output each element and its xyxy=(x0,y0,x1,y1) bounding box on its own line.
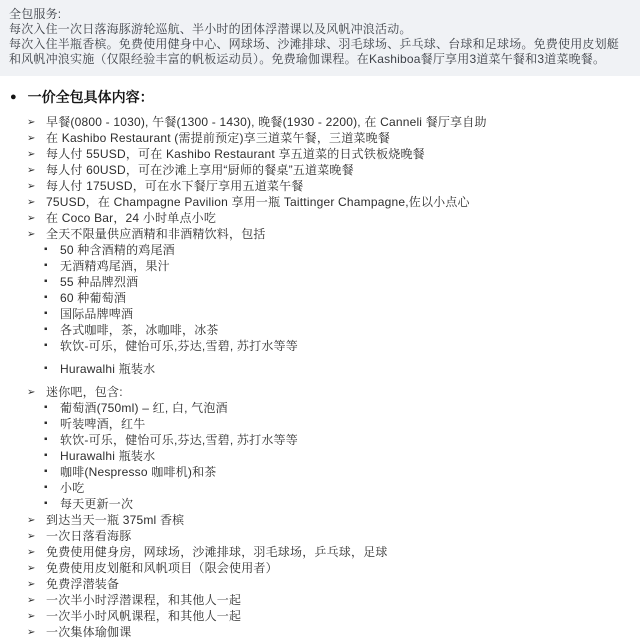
square-bullet-icon: ▪ xyxy=(44,432,48,448)
list-item: ▪听装啤酒，红牛 xyxy=(0,416,640,432)
square-bullet-icon: ▪ xyxy=(44,306,48,322)
list-item-text: 软饮-可乐，健怡可乐,芬达,雪碧, 苏打水等等 xyxy=(60,433,298,447)
square-bullet-icon: ▪ xyxy=(44,258,48,274)
square-bullet-icon: ▪ xyxy=(44,290,48,306)
list-item: ➢一次半小时风帆课程，和其他人一起 xyxy=(0,608,640,624)
list-item: ➢一次集体瑜伽课 xyxy=(0,624,640,639)
inclusions-list: ➢早餐(0800 - 1030), 午餐(1300 - 1430), 晚餐(19… xyxy=(0,114,640,639)
square-bullet-icon: ▪ xyxy=(44,242,48,258)
list-item-text: 到达当天一瓶 375ml 香槟 xyxy=(46,513,184,527)
list-item: ➢全天不限量供应酒精和非酒精饮料，包括 xyxy=(0,226,640,242)
arrow-bullet-icon: ➢ xyxy=(27,211,36,227)
list-item-text: 咖啡(Nespresso 咖啡机)和茶 xyxy=(60,465,216,479)
arrow-bullet-icon: ➢ xyxy=(27,195,36,211)
intro-band: 全包服务: 每次入住一次日落海豚游轮巡航、半小时的团体浮潜课以及风帆冲浪活动。 … xyxy=(0,0,640,76)
list-item: ➢到达当天一瓶 375ml 香槟 xyxy=(0,512,640,528)
list-item: ▪各式咖啡，茶，冰咖啡，冰茶 xyxy=(0,322,640,338)
section-heading: ● 一价全包具体内容： xyxy=(10,88,640,106)
arrow-bullet-icon: ➢ xyxy=(27,131,36,147)
list-item-text: 免费浮潜装备 xyxy=(46,577,119,591)
list-item: ➢75USD，在 Champagne Pavilion 享用一瓶 Taittin… xyxy=(0,194,640,210)
list-item-text: 在 Coco Bar，24 小时单点小吃 xyxy=(46,211,216,225)
arrow-bullet-icon: ➢ xyxy=(27,545,36,561)
list-item: ▪软饮-可乐，健怡可乐,芬达,雪碧, 苏打水等等 xyxy=(0,432,640,448)
list-item: ➢每人付 55USD，可在 Kashibo Restaurant 享五道菜的日式… xyxy=(0,146,640,162)
list-item: ➢每人付 175USD，可在水下餐厅享用五道菜午餐 xyxy=(0,178,640,194)
list-item: ▪Hurawalhi 瓶装水 xyxy=(0,361,640,377)
list-item: ➢早餐(0800 - 1030), 午餐(1300 - 1430), 晚餐(19… xyxy=(0,114,640,130)
list-item-text: 迷你吧，包含: xyxy=(46,385,123,399)
intro-paragraph-1: 每次入住一次日落海豚游轮巡航、半小时的团体浮潜课以及风帆冲浪活动。 xyxy=(9,22,628,37)
list-item-text: Hurawalhi 瓶装水 xyxy=(60,449,155,463)
circle-bullet-icon: ● xyxy=(10,88,17,106)
list-item-text: 55 种品牌烈酒 xyxy=(60,275,138,289)
list-item-text: 在 Kashibo Restaurant (需提前预定)享三道菜午餐，三道菜晚餐 xyxy=(46,131,390,145)
arrow-bullet-icon: ➢ xyxy=(27,227,36,243)
list-item-text: 一次半小时浮潜课程，和其他人一起 xyxy=(46,593,241,607)
list-item-text: 葡萄酒(750ml) – 红, 白, 气泡酒 xyxy=(60,401,228,415)
arrow-bullet-icon: ➢ xyxy=(27,385,36,401)
square-bullet-icon: ▪ xyxy=(44,496,48,512)
arrow-bullet-icon: ➢ xyxy=(27,147,36,163)
list-item-text: Hurawalhi 瓶装水 xyxy=(60,362,155,376)
arrow-bullet-icon: ➢ xyxy=(27,115,36,131)
square-bullet-icon: ▪ xyxy=(44,416,48,432)
list-item: ➢免费使用健身房，网球场，沙滩排球，羽毛球场，乒乓球，足球 xyxy=(0,544,640,560)
list-item-text: 软饮-可乐，健怡可乐,芬达,雪碧, 苏打水等等 xyxy=(60,339,298,353)
list-item: ➢在 Coco Bar，24 小时单点小吃 xyxy=(0,210,640,226)
list-item: ➢一次日落看海豚 xyxy=(0,528,640,544)
list-item-text: 每人付 55USD，可在 Kashibo Restaurant 享五道菜的日式铁… xyxy=(46,147,425,161)
list-item: ➢每人付 60USD，可在沙滩上享用“厨师的餐桌”五道菜晚餐 xyxy=(0,162,640,178)
arrow-bullet-icon: ➢ xyxy=(27,513,36,529)
square-bullet-icon: ▪ xyxy=(44,400,48,416)
arrow-bullet-icon: ➢ xyxy=(27,179,36,195)
list-item: ➢在 Kashibo Restaurant (需提前预定)享三道菜午餐，三道菜晚… xyxy=(0,130,640,146)
arrow-bullet-icon: ➢ xyxy=(27,577,36,593)
list-item-text: 免费使用健身房，网球场，沙滩排球，羽毛球场，乒乓球，足球 xyxy=(46,545,388,559)
list-item: ▪55 种品牌烈酒 xyxy=(0,274,640,290)
list-item-text: 国际品牌啤酒 xyxy=(60,307,133,321)
list-item: ➢免费浮潜装备 xyxy=(0,576,640,592)
arrow-bullet-icon: ➢ xyxy=(27,529,36,545)
square-bullet-icon: ▪ xyxy=(44,322,48,338)
square-bullet-icon: ▪ xyxy=(44,448,48,464)
intro-title: 全包服务: xyxy=(9,7,628,22)
square-bullet-icon: ▪ xyxy=(44,480,48,496)
list-item-text: 无酒精鸡尾酒，果汁 xyxy=(60,259,170,273)
square-bullet-icon: ▪ xyxy=(44,361,48,377)
list-item: ▪软饮-可乐，健怡可乐,芬达,雪碧, 苏打水等等 xyxy=(0,338,640,354)
arrow-bullet-icon: ➢ xyxy=(27,561,36,577)
square-bullet-icon: ▪ xyxy=(44,464,48,480)
list-item: ▪Hurawalhi 瓶装水 xyxy=(0,448,640,464)
list-item-text: 一次集体瑜伽课 xyxy=(46,625,131,639)
list-item: ▪葡萄酒(750ml) – 红, 白, 气泡酒 xyxy=(0,400,640,416)
arrow-bullet-icon: ➢ xyxy=(27,163,36,179)
list-item-text: 听装啤酒，红牛 xyxy=(60,417,145,431)
list-item-text: 免费使用皮划艇和风帆项目（限会使用者） xyxy=(46,561,278,575)
arrow-bullet-icon: ➢ xyxy=(27,593,36,609)
arrow-bullet-icon: ➢ xyxy=(27,609,36,625)
list-item: ▪无酒精鸡尾酒，果汁 xyxy=(0,258,640,274)
section-heading-label: 一价全包具体内容： xyxy=(28,88,154,106)
intro-paragraph-2: 每次入住半瓶香槟。免费使用健身中心、网球场、沙滩排球、羽毛球场、乒乓球、台球和足… xyxy=(9,37,628,67)
list-item: ▪60 种葡萄酒 xyxy=(0,290,640,306)
square-bullet-icon: ▪ xyxy=(44,274,48,290)
list-item-text: 每人付 175USD，可在水下餐厅享用五道菜午餐 xyxy=(46,179,304,193)
list-item-text: 每天更新一次 xyxy=(60,497,133,511)
list-item-text: 各式咖啡，茶，冰咖啡，冰茶 xyxy=(60,323,219,337)
list-item-text: 早餐(0800 - 1030), 午餐(1300 - 1430), 晚餐(193… xyxy=(46,115,487,129)
list-item-text: 60 种葡萄酒 xyxy=(60,291,126,305)
square-bullet-icon: ▪ xyxy=(44,338,48,354)
list-item: ▪每天更新一次 xyxy=(0,496,640,512)
list-item: ▪咖啡(Nespresso 咖啡机)和茶 xyxy=(0,464,640,480)
list-item: ▪小吃 xyxy=(0,480,640,496)
list-item-text: 全天不限量供应酒精和非酒精饮料，包括 xyxy=(46,227,266,241)
arrow-bullet-icon: ➢ xyxy=(27,625,36,639)
list-item: ▪50 种含酒精的鸡尾酒 xyxy=(0,242,640,258)
list-item-text: 一次半小时风帆课程，和其他人一起 xyxy=(46,609,241,623)
list-item-text: 75USD，在 Champagne Pavilion 享用一瓶 Taitting… xyxy=(46,195,470,209)
list-item: ➢免费使用皮划艇和风帆项目（限会使用者） xyxy=(0,560,640,576)
list-item: ➢迷你吧，包含: xyxy=(0,384,640,400)
list-item-text: 50 种含酒精的鸡尾酒 xyxy=(60,243,175,257)
list-item-text: 一次日落看海豚 xyxy=(46,529,131,543)
list-item: ➢一次半小时浮潜课程，和其他人一起 xyxy=(0,592,640,608)
list-item-text: 每人付 60USD，可在沙滩上享用“厨师的餐桌”五道菜晚餐 xyxy=(46,163,354,177)
list-item-text: 小吃 xyxy=(60,481,84,495)
list-item: ▪国际品牌啤酒 xyxy=(0,306,640,322)
